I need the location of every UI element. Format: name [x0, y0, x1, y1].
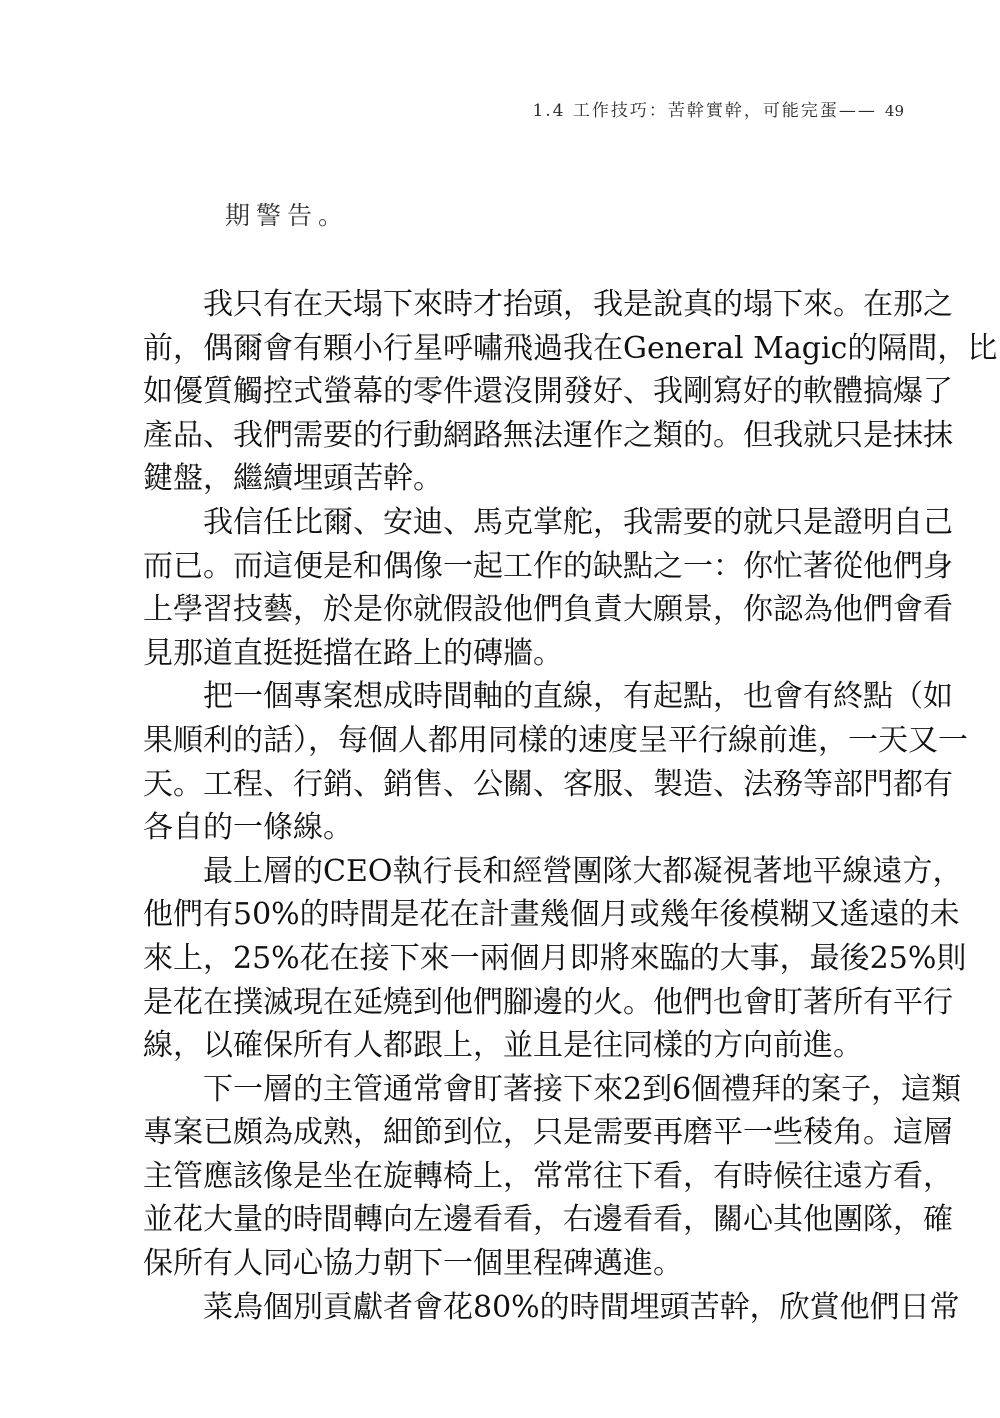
text-line: 他們有50%的時間是花在計畫幾個月或幾年後模糊又遙遠的未: [143, 893, 903, 937]
paragraph: 我信任比爾、安迪、馬克掌舵，我需要的就只是證明自己 而已。而這便是和偶像一起工作…: [143, 501, 903, 675]
section-title: 1.4 工作技巧：苦幹實幹，可能完蛋——: [532, 101, 876, 121]
text-line: 保所有人同心協力朝下一個里程碑邁進。: [143, 1242, 903, 1286]
text-line: 我信任比爾、安迪、馬克掌舵，我需要的就只是證明自己: [143, 501, 903, 545]
text-line: 鍵盤，繼續埋頭苦幹。: [143, 457, 903, 501]
text-line: 主管應該像是坐在旋轉椅上，常常往下看，有時候往遠方看，: [143, 1155, 903, 1199]
running-header: 1.4 工作技巧：苦幹實幹，可能完蛋——49: [532, 96, 904, 121]
text-line: 天。工程、行銷、銷售、公關、客服、製造、法務等部門都有: [143, 763, 903, 807]
paragraph: 我只有在天塌下來時才抬頭，我是說真的塌下來。在那之 前，偶爾會有顆小行星呼嘯飛過…: [143, 283, 903, 501]
text-line: 菜鳥個別貢獻者會花80%的時間埋頭苦幹，欣賞他們日常: [143, 1286, 903, 1330]
text-line: 線，以確保所有人都跟上，並且是往同樣的方向前進。: [143, 1024, 903, 1068]
continuation-text: 期警告。: [225, 196, 349, 232]
text-line: 見那道直挺挺擋在路上的磚牆。: [143, 632, 903, 676]
text-line: 如優質觸控式螢幕的零件還沒開發好、我剛寫好的軟體搞爆了: [143, 370, 903, 414]
paragraph: 把一個專案想成時間軸的直線，有起點，也會有終點（如 果順利的話），每個人都用同樣…: [143, 675, 903, 849]
text-line: 並花大量的時間轉向左邊看看，右邊看看，關心其他團隊，確: [143, 1198, 903, 1242]
text-line: 前，偶爾會有顆小行星呼嘯飛過我在General Magic的隔間，比: [143, 327, 903, 371]
text-line: 我只有在天塌下來時才抬頭，我是說真的塌下來。在那之: [143, 283, 903, 327]
paragraph: 下一層的主管通常會盯著接下來2到6個禮拜的案子，這類 專案已頗為成熟，細節到位，…: [143, 1068, 903, 1286]
text-line: 最上層的CEO執行長和經營團隊大都凝視著地平線遠方，: [143, 850, 903, 894]
paragraph: 菜鳥個別貢獻者會花80%的時間埋頭苦幹，欣賞他們日常: [143, 1286, 903, 1330]
page-number: 49: [885, 102, 904, 120]
text-line: 專案已頗為成熟，細節到位，只是需要再磨平一些稜角。這層: [143, 1111, 903, 1155]
text-line: 各自的一條線。: [143, 806, 903, 850]
text-line: 果順利的話），每個人都用同樣的速度呈平行線前進，一天又一: [143, 719, 903, 763]
body-text: 我只有在天塌下來時才抬頭，我是說真的塌下來。在那之 前，偶爾會有顆小行星呼嘯飛過…: [143, 283, 903, 1329]
text-line: 是花在撲滅現在延燒到他們腳邊的火。他們也會盯著所有平行: [143, 981, 903, 1025]
text-line: 而已。而這便是和偶像一起工作的缺點之一：你忙著從他們身: [143, 545, 903, 589]
text-line: 下一層的主管通常會盯著接下來2到6個禮拜的案子，這類: [143, 1068, 903, 1112]
text-line: 產品、我們需要的行動網路無法運作之類的。但我就只是抹抹: [143, 414, 903, 458]
text-line: 上學習技藝，於是你就假設他們負責大願景，你認為他們會看: [143, 588, 903, 632]
text-line: 來上，25%花在接下來一兩個月即將來臨的大事，最後25%則: [143, 937, 903, 981]
text-line: 把一個專案想成時間軸的直線，有起點，也會有終點（如: [143, 675, 903, 719]
paragraph: 最上層的CEO執行長和經營團隊大都凝視著地平線遠方， 他們有50%的時間是花在計…: [143, 850, 903, 1068]
